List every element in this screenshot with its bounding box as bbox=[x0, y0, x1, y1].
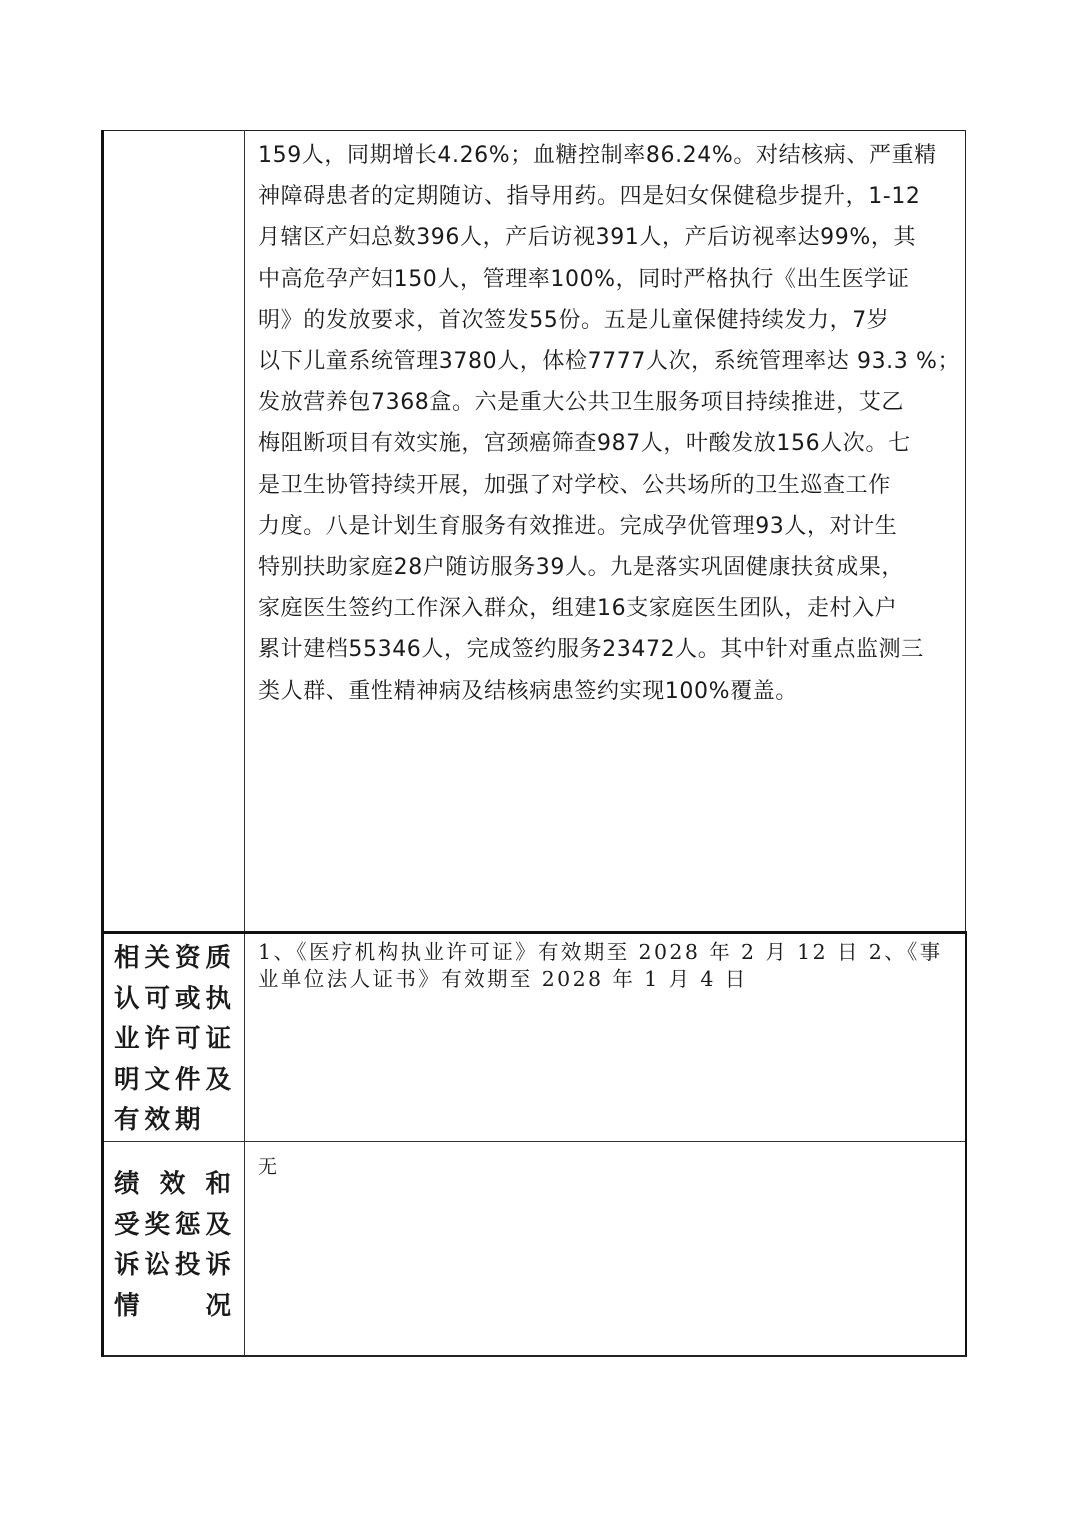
summary-line: 中高危孕产妇150人，管理率100%，同时严格执行《出生医学证 bbox=[258, 259, 955, 300]
summary-line: 累计建档55346人，完成签约服务23472人。其中针对重点监测三 bbox=[258, 629, 955, 670]
label-line: 相 关 资 质 bbox=[114, 938, 236, 979]
label-line: 诉 讼 投 诉 bbox=[114, 1245, 236, 1286]
content-cell-work-summary: 159人，同期增长4.26%；血糖控制率86.24%。对结核病、严重精神障碍患者… bbox=[245, 131, 966, 933]
label-line: 业 许 可 证 bbox=[114, 1019, 236, 1060]
label-line: 认 可 或 执 bbox=[114, 979, 236, 1020]
license-label: 相 关 资 质 认 可 或 执 业 许 可 证 明 bbox=[104, 934, 244, 1141]
content-cell-performance: 无 bbox=[245, 1142, 966, 1357]
label-cell-license: 相 关 资 质 认 可 或 执 业 许 可 证 明 bbox=[103, 933, 245, 1142]
label-cell-empty bbox=[103, 131, 245, 933]
summary-line: 力度。八是计划生育服务有效推进。完成孕优管理93人，对计生 bbox=[258, 506, 955, 547]
table-row-performance: 绩 效 和 受 奖 惩 及 诉 讼 投 诉 情 况 bbox=[103, 1142, 966, 1357]
summary-line: 月辖区产妇总数396人，产后访视391人，产后访视率达99%，其 bbox=[258, 217, 955, 258]
license-text: 1、《医疗机构执业许可证》有效期至 2028 年 2 月 12 日 2、《事业单… bbox=[245, 934, 965, 993]
summary-line: 是卫生协管持续开展，加强了对学校、公共场所的卫生巡查工作 bbox=[258, 465, 955, 506]
summary-line: 类人群、重性精神病及结核病患签约实现100%覆盖。 bbox=[258, 671, 955, 712]
summary-line: 发放营养包7368盒。六是重大公共卫生服务项目持续推进，艾乙 bbox=[258, 382, 955, 423]
label-line: 有 效 期 bbox=[114, 1100, 236, 1141]
summary-line: 159人，同期增长4.26%；血糖控制率86.24%。对结核病、严重精 bbox=[258, 135, 955, 176]
performance-text: 无 bbox=[245, 1142, 965, 1179]
work-summary-text: 159人，同期增长4.26%；血糖控制率86.24%。对结核病、严重精神障碍患者… bbox=[245, 131, 965, 712]
summary-line: 以下儿童系统管理3780人，体检7777人次，系统管理率达 93.3 %； bbox=[258, 341, 955, 382]
summary-line: 神障碍患者的定期随访、指导用药。四是妇女保健稳步提升，1-12 bbox=[258, 176, 955, 217]
label-line: 情 况 bbox=[114, 1286, 236, 1327]
summary-line: 特别扶助家庭28户随访服务39人。九是落实巩固健康扶贫成果， bbox=[258, 547, 955, 588]
performance-label: 绩 效 和 受 奖 惩 及 诉 讼 投 诉 情 况 bbox=[104, 1142, 244, 1326]
summary-line: 梅阻断项目有效实施，宫颈癌筛查987人，叶酸发放156人次。七 bbox=[258, 423, 955, 464]
table-row-work-summary: 159人，同期增长4.26%；血糖控制率86.24%。对结核病、严重精神障碍患者… bbox=[103, 131, 966, 933]
summary-line: 明》的发放要求，首次签发55份。五是儿童保健持续发力，7岁 bbox=[258, 300, 955, 341]
summary-line: 家庭医生签约工作深入群众，组建16支家庭医生团队，走村入户 bbox=[258, 588, 955, 629]
label-line: 绩 效 和 bbox=[114, 1164, 236, 1205]
info-table: 159人，同期增长4.26%；血糖控制率86.24%。对结核病、严重精神障碍患者… bbox=[101, 130, 967, 1357]
label-line: 明 文 件 及 bbox=[114, 1060, 236, 1101]
label-line: 受 奖 惩 及 bbox=[114, 1205, 236, 1246]
content-cell-license: 1、《医疗机构执业许可证》有效期至 2028 年 2 月 12 日 2、《事业单… bbox=[245, 933, 966, 1142]
label-cell-performance: 绩 效 和 受 奖 惩 及 诉 讼 投 诉 情 况 bbox=[103, 1142, 245, 1357]
table-row-license: 相 关 资 质 认 可 或 执 业 许 可 证 明 bbox=[103, 933, 966, 1142]
